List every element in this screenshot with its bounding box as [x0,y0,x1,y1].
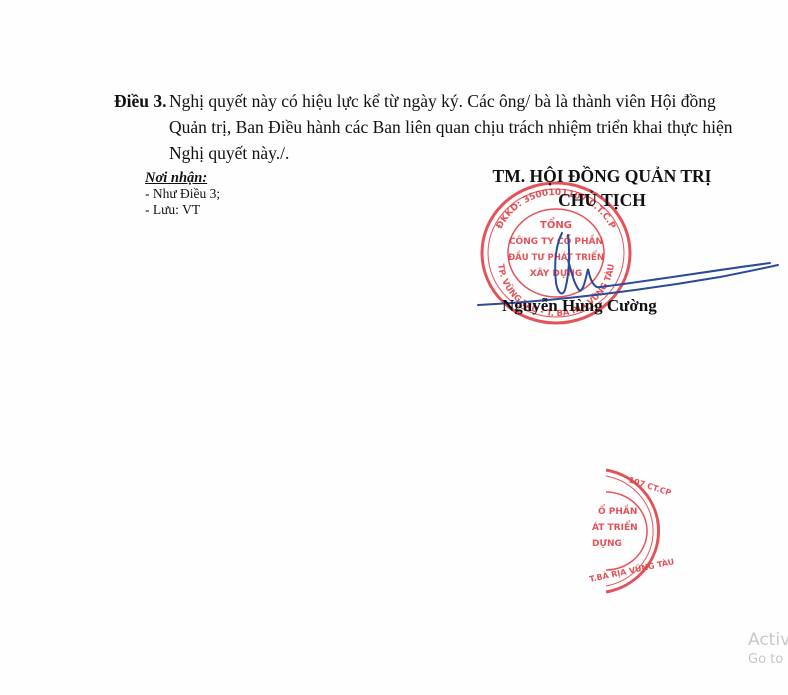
article-line: Nghị quyết này./. [169,140,289,167]
watermark-line1: Activ [748,630,788,650]
svg-text:DỰNG: DỰNG [592,539,622,549]
article-label: Điều 3. [114,88,167,115]
svg-text:ĐẦU TƯ PHÁT TRIỂN: ĐẦU TƯ PHÁT TRIỂN [508,250,604,263]
document-page: Điều 3. Nghị quyết này có hiệu lực kể từ… [0,0,788,695]
overlap-seal: Ổ PHẦN ÁT TRIỂN DỰNG 107 CT.CP T.BÀ RỊA … [586,466,686,596]
signer-title: CHỦ TỊCH [462,188,742,212]
article-line: Nghị quyết này có hiệu lực kể từ ngày ký… [169,88,716,115]
recipients-block: Nơi nhận: - Như Điều 3; - Lưu: VT [145,170,220,218]
recipients-title: Nơi nhận: [145,170,220,186]
signature-block: TM. HỘI ĐỒNG QUẢN TRỊ CHỦ TỊCH [462,164,742,212]
recipient-item: - Như Điều 3; [145,186,220,202]
svg-text:ÁT TRIỂN: ÁT TRIỂN [592,520,638,533]
svg-text:Ổ PHẦN: Ổ PHẦN [598,504,637,517]
svg-text:CÔNG TY CỔ PHẦN: CÔNG TY CỔ PHẦN [509,234,603,247]
signing-authority: TM. HỘI ĐỒNG QUẢN TRỊ [462,164,742,188]
watermark-line2: Go to [748,650,788,670]
svg-text:T.BÀ RỊA VŨNG TÀU: T.BÀ RỊA VŨNG TÀU [588,555,675,584]
svg-text:107 CT.CP: 107 CT.CP [627,475,672,497]
recipient-item: - Lưu: VT [145,202,220,218]
svg-text:TỔNG: TỔNG [540,216,572,231]
signer-name: Nguyễn Hùng Cường [502,296,657,316]
activation-watermark: Activ Go to [748,630,788,670]
svg-text:XÂY DỰNG: XÂY DỰNG [530,267,583,279]
article-line: Quản trị, Ban Điều hành các Ban liên qua… [169,114,732,141]
